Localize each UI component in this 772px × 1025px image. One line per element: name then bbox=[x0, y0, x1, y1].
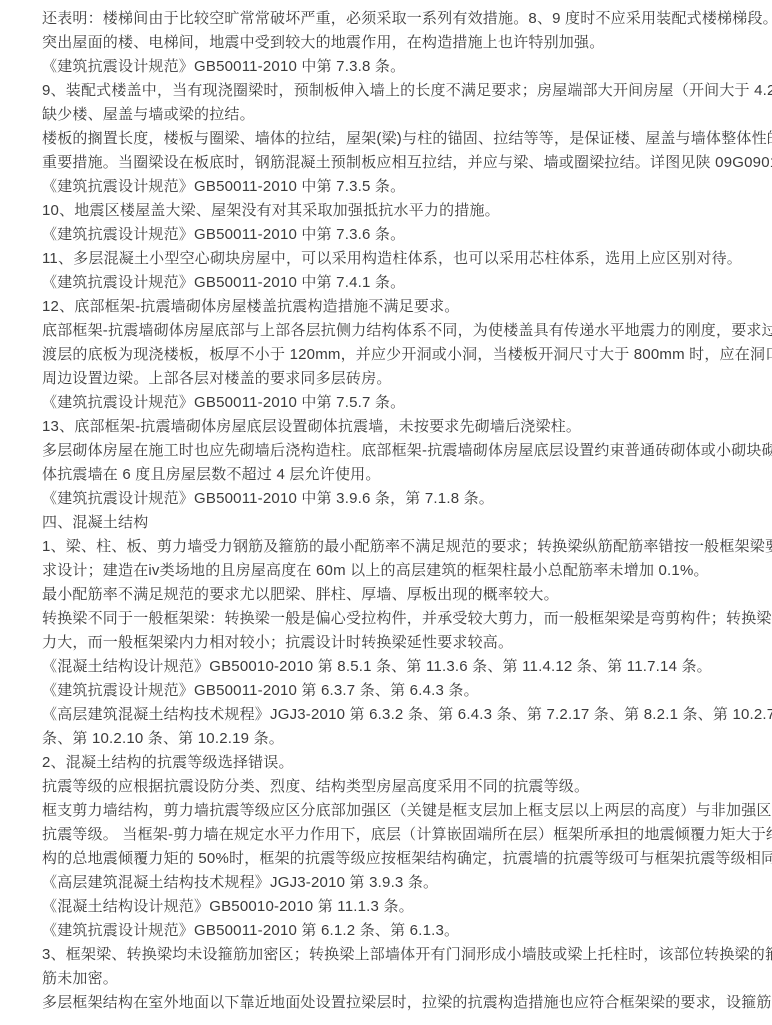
text-line: 12、底部框架-抗震墙砌体房屋楼盖抗震构造措施不满足要求。 bbox=[42, 295, 766, 319]
text-line: 力大，而一般框架梁内力相对较小；抗震设计时转换梁延性要求较高。 bbox=[42, 631, 766, 655]
text-line: 转换梁不同于一般框架梁：转换梁一般是偏心受拉构件，并承受较大剪力，而一般框架梁是… bbox=[42, 607, 766, 631]
text-line: 《建筑抗震设计规范》GB50011-2010 中第 7.5.7 条。 bbox=[42, 391, 766, 415]
text-line: 9、装配式楼盖中，当有现浇圈梁时，预制板伸入墙上的长度不满足要求；房屋端部大开间… bbox=[42, 79, 766, 103]
document-page: 还表明：楼梯间由于比较空旷常常破坏严重，必须采取一系列有效措施。8、9 度时不应… bbox=[0, 0, 772, 1025]
text-line: 《混凝土结构设计规范》GB50010-2010 第 11.1.3 条。 bbox=[42, 895, 766, 919]
text-line: 《建筑抗震设计规范》GB50011-2010 中第 3.9.6 条，第 7.1.… bbox=[42, 487, 766, 511]
text-line: 构的总地震倾覆力矩的 50%时，框架的抗震等级应按框架结构确定，抗震墙的抗震等级… bbox=[42, 847, 766, 871]
text-line: 《建筑抗震设计规范》GB50011-2010 中第 7.3.6 条。 bbox=[42, 223, 766, 247]
text-line: 底部框架-抗震墙砌体房屋底部与上部各层抗侧力结构体系不同，为使楼盖具有传递水平地… bbox=[42, 319, 766, 343]
text-line: 《高层建筑混凝土结构技术规程》JGJ3-2010 第 3.9.3 条。 bbox=[42, 871, 766, 895]
text-line: 11、多层混凝土小型空心砌块房屋中，可以采用构造柱体系，也可以采用芯柱体系，选用… bbox=[42, 247, 766, 271]
text-line: 求设计；建造在iv类场地的且房屋高度在 60m 以上的高层建筑的框架柱最小总配筋… bbox=[42, 559, 766, 583]
text-line: 四、混凝土结构 bbox=[42, 511, 766, 535]
text-line: 《建筑抗震设计规范》GB50011-2010 第 6.3.7 条、第 6.4.3… bbox=[42, 679, 766, 703]
text-line: 多层框架结构在室外地面以下靠近地面处设置拉梁层时，拉梁的抗震构造措施也应符合框架… bbox=[42, 991, 766, 1015]
text-line: 还表明：楼梯间由于比较空旷常常破坏严重，必须采取一系列有效措施。8、9 度时不应… bbox=[42, 7, 766, 31]
text-line: 抗震等级。 当框架-剪力墙在规定水平力作用下，底层（计算嵌固端所在层）框架所承担… bbox=[42, 823, 766, 847]
text-line: 楼板的搁置长度，楼板与圈梁、墙体的拉结，屋架(梁)与柱的锚固、拉结等等，是保证楼… bbox=[42, 127, 766, 151]
text-line: 13、底部框架-抗震墙砌体房屋底层设置砌体抗震墙，未按要求先砌墙后浇梁柱。 bbox=[42, 415, 766, 439]
text-line: 渡层的底板为现浇楼板，板厚不小于 120mm，并应少开洞或小洞，当楼板开洞尺寸大… bbox=[42, 343, 766, 367]
text-line: 《建筑抗震设计规范》GB50011-2010 第 6.1.2 条、第 6.1.3… bbox=[42, 919, 766, 943]
text-line: 重要措施。当圈梁设在板底时，钢筋混凝土预制板应相互拉结，并应与梁、墙或圈梁拉结。… bbox=[42, 151, 766, 175]
text-line: 周边设置边梁。上部各层对楼盖的要求同多层砖房。 bbox=[42, 367, 766, 391]
text-line: 框支剪力墙结构，剪力墙抗震等级应区分底部加强区（关键是框支层加上框支层以上两层的… bbox=[42, 799, 766, 823]
text-line: 《建筑抗震设计规范》GB50011-2010 中第 7.3.5 条。 bbox=[42, 175, 766, 199]
text-line: 1、梁、柱、板、剪力墙受力钢筋及箍筋的最小配筋率不满足规范的要求；转换梁纵筋配筋… bbox=[42, 535, 766, 559]
text-line: 多层砌体房屋在施工时也应先砌墙后浇构造柱。底部框架-抗震墙砌体房屋底层设置约束普… bbox=[42, 439, 766, 463]
text-line: 《高层建筑混凝土结构技术规程》JGJ3-2010 第 6.3.2 条、第 6.4… bbox=[42, 703, 766, 727]
text-line: 最小配筋率不满足规范的要求尤以肥梁、胖柱、厚墙、厚板出现的概率较大。 bbox=[42, 583, 766, 607]
text-line: 条、第 10.2.10 条、第 10.2.19 条。 bbox=[42, 727, 766, 751]
text-line: 筋未加密。 bbox=[42, 967, 766, 991]
text-line: 突出屋面的楼、电梯间，地震中受到较大的地震作用，在构造措施上也许特别加强。 bbox=[42, 31, 766, 55]
text-line: 《建筑抗震设计规范》GB50011-2010 中第 7.3.8 条。 bbox=[42, 55, 766, 79]
text-line: 《混凝土结构设计规范》GB50010-2010 第 8.5.1 条、第 11.3… bbox=[42, 655, 766, 679]
document-body: 还表明：楼梯间由于比较空旷常常破坏严重，必须采取一系列有效措施。8、9 度时不应… bbox=[42, 7, 766, 1015]
text-line: 体抗震墙在 6 度且房屋层数不超过 4 层允许使用。 bbox=[42, 463, 766, 487]
text-line: 2、混凝土结构的抗震等级选择错误。 bbox=[42, 751, 766, 775]
text-line: 缺少楼、屋盖与墙或梁的拉结。 bbox=[42, 103, 766, 127]
text-line: 抗震等级的应根据抗震设防分类、烈度、结构类型房屋高度采用不同的抗震等级。 bbox=[42, 775, 766, 799]
text-line: 《建筑抗震设计规范》GB50011-2010 中第 7.4.1 条。 bbox=[42, 271, 766, 295]
text-line: 10、地震区楼屋盖大梁、屋架没有对其采取加强抵抗水平力的措施。 bbox=[42, 199, 766, 223]
text-line: 3、框架梁、转换梁均未设箍筋加密区；转换梁上部墙体开有门洞形成小墙肢或梁上托柱时… bbox=[42, 943, 766, 967]
